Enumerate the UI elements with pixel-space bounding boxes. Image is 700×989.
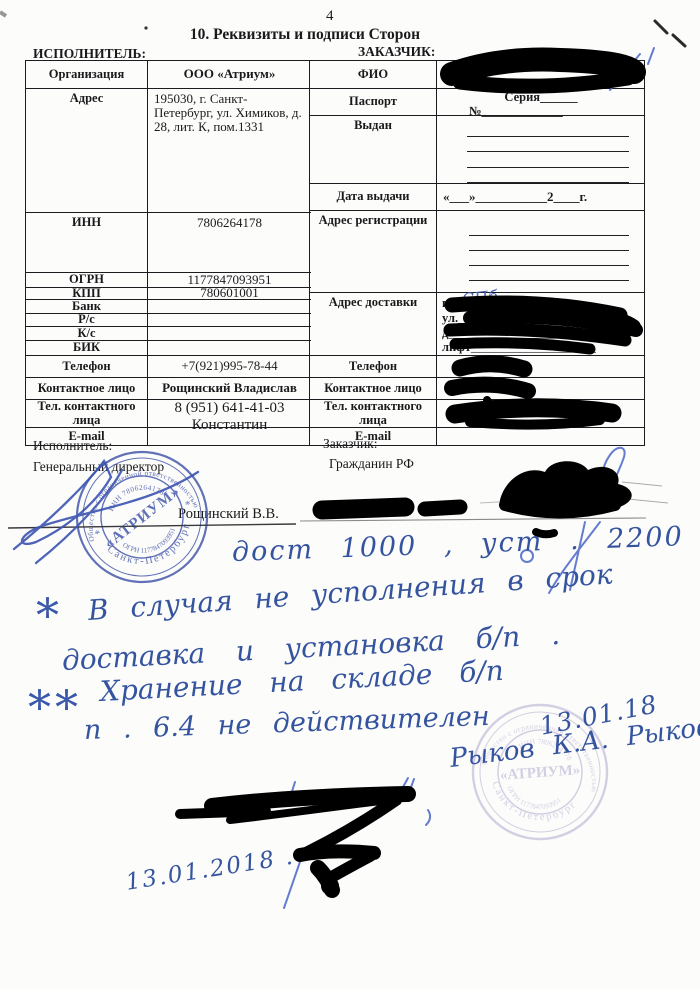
vydan-blank-lines [437, 116, 645, 184]
row-label: ИНН [26, 213, 148, 273]
customer-title: Гражданин РФ [329, 456, 414, 472]
row-label: Контактное лицо [310, 378, 437, 400]
handwritten-asterisk: * [36, 588, 59, 642]
email-value [437, 428, 645, 445]
executor-signature-stroke [14, 461, 198, 563]
redaction-mark [505, 505, 615, 513]
row-label: Выдан [310, 116, 437, 184]
handwritten-double-asterisk: ** [28, 680, 82, 734]
row-value: Рощинский Владислав [148, 378, 311, 400]
customer-header: ЗАКАЗЧИК: [358, 44, 435, 60]
passport-value: Серия______ №_____________ [437, 89, 645, 116]
row-label: Паспорт [310, 89, 437, 116]
row-label: К/с [26, 327, 148, 341]
customer-signature-label: Заказчик: [323, 436, 378, 452]
row-label: Тел. контактного лица [26, 400, 148, 428]
svg-text:ОГРН 1177847093951: ОГРН 1177847093951 [502, 783, 565, 817]
stamp-city: Санкт-Петербург [482, 778, 580, 833]
delivery-line: ________________________ [458, 311, 608, 325]
row-value [148, 428, 311, 445]
row-label: Телефон [26, 356, 148, 378]
row-label: Контактное лицо [26, 378, 148, 400]
row-value: +7(921)995-78-44 [148, 356, 311, 378]
stamp-inn: ИНН 7806264178 [102, 475, 169, 515]
stamp-star-left: * [94, 528, 103, 541]
row-label: Организация [26, 61, 148, 89]
contact-value-redacted [437, 378, 645, 400]
date-issued-value: «___»___________2____г. [437, 184, 645, 211]
row-label: БИК [26, 341, 148, 356]
row-value [148, 341, 311, 356]
svg-text:Санкт-Петербург: Санкт-Петербург [482, 778, 580, 833]
row-label: Дата выдачи [310, 184, 437, 211]
row-value [148, 327, 311, 341]
phone-value-redacted [437, 356, 645, 378]
customer-signature-line [300, 518, 646, 521]
executor-title: Генеральный директор [33, 459, 164, 475]
section-title: 10. Реквизиты и подписи Сторон [0, 26, 610, 44]
row-value [148, 314, 311, 327]
handwritten-price-note: дост 1000 , уст . 2200 [231, 521, 684, 568]
handwritten-note-line: п . 6.4 не действителен [83, 701, 490, 746]
executor-signature-label: Исполнитель: [33, 438, 112, 454]
row-value: 7806264178 [148, 213, 311, 273]
scan-artifact-line [618, 482, 668, 503]
delivery-prefix: лифт [442, 340, 471, 354]
svg-text:ИНН 7806264178: ИНН 7806264178 [102, 475, 169, 515]
handwritten-delivery-city: СПб [461, 286, 499, 309]
row-label: Адрес регистрации [310, 211, 437, 293]
row-value: 195030, г. Санкт-Петербург, ул. Химиков,… [148, 89, 311, 213]
handwritten-note-line: В случая не усполнения в срок [87, 557, 614, 627]
delivery-prefix: ул. [442, 311, 458, 325]
passport-seriya: Серия______ [504, 91, 577, 105]
svg-text:Санкт-Петербург: Санкт-Петербург [103, 518, 201, 579]
svg-text:ОГРН 1177847093951: ОГРН 1177847093951 [119, 524, 182, 562]
row-value [148, 300, 311, 314]
stamp-name: «АТРИУМ» [101, 483, 183, 553]
registration-address-blank-lines [437, 211, 645, 293]
fio-value-redacted [437, 61, 645, 89]
scan-edge-smudge [0, 12, 6, 16]
row-label: Адрес [26, 89, 148, 213]
customer-requisites-table: ФИО Паспорт Серия______ №_____________ В… [310, 60, 645, 446]
row-label: Телефон [310, 356, 437, 378]
handwritten-date-long: 13.01.2018 . [124, 844, 296, 896]
delivery-line: ___________________________ [448, 326, 617, 340]
pen-dash-marks [655, 21, 685, 46]
scan-artifact-line [480, 498, 566, 503]
contact-phone-redacted [437, 400, 645, 428]
row-value: 780601001 [148, 288, 311, 300]
redaction-scribble [321, 877, 339, 895]
row-label: ФИО [310, 61, 437, 89]
stamp-ogrn: ОГРН 1177847093951 [502, 783, 565, 817]
row-label: Адрес доставки [310, 293, 437, 356]
executor-signature-line [8, 524, 296, 528]
redaction-mark [500, 461, 632, 516]
contact-phone: 8 (951) 641-41-03 [175, 400, 285, 417]
delivery-line: ____________________ [471, 340, 596, 354]
page-number: 4 [326, 8, 334, 25]
scanned-contract-page: 4 10. Реквизиты и подписи Сторон ИСПОЛНИ… [0, 0, 700, 989]
row-value: ООО «Атриум» [148, 61, 311, 89]
row-value: 8 (951) 641-41-03 Константин [148, 400, 311, 428]
executor-name: Рощинский В.В. [178, 506, 279, 523]
executor-requisites-table: Организация ООО «Атриум» Адрес 195030, г… [25, 60, 310, 446]
stamp-city: Санкт-Петербург [103, 518, 201, 579]
stamp-ogrn: ОГРН 1177847093951 [119, 524, 182, 562]
row-label: Тел. контактного лица [310, 400, 437, 428]
